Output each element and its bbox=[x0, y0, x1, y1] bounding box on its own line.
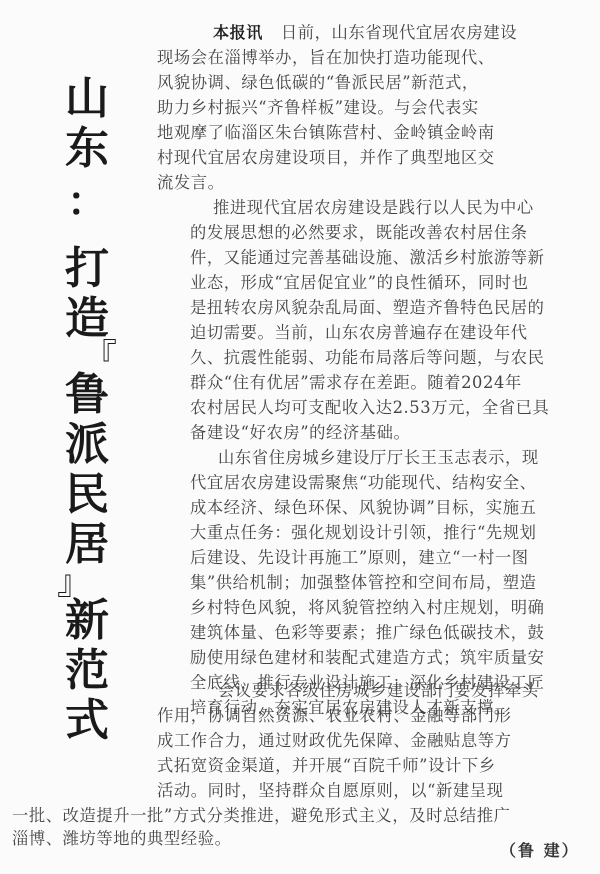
article-line: 迫切需要。当前，山东农房普遍存在建设年代 bbox=[190, 322, 528, 344]
headline-colon: ： bbox=[67, 174, 107, 230]
article-line: 后建设、先设计再施工”原则，建立“一村一图 bbox=[190, 547, 529, 569]
article-line: 件，又能通过完善基础设施、激活乡村旅游等新 bbox=[190, 247, 545, 269]
headline-char: 东 bbox=[65, 124, 109, 174]
article-line: 乡村特色风貌，将风貌管控纳入村庄规划，明确 bbox=[190, 597, 545, 619]
article-line: 代宜居农房建设需聚焦“功能现代、结构安全、 bbox=[190, 472, 537, 494]
article-line: 一批、改造提升一批”方式分类推进，避免形式主义，及时总结推广 bbox=[12, 805, 510, 827]
article-line: 励使用绿色建材和装配式建造方式；筑牢质量安 bbox=[190, 647, 545, 669]
article-line: 农村居民人均可支配收入达2.53万元，全省已具 bbox=[190, 397, 549, 419]
headline-char: 范 bbox=[65, 646, 109, 696]
article-line: 淄博、潍坊等地的典型经验。 bbox=[12, 828, 231, 850]
newspaper-clipping: 山 东 ： 打 造 『 鲁 派 民 居 』 新 范 式 本报讯日前，山东省现代宜… bbox=[0, 0, 600, 874]
article-line: 式拓宽资金渠道，并开展“百院千师”设计下乡 bbox=[157, 755, 496, 777]
article-line: 推进现代宜居农房建设是践行以人民为中心 bbox=[213, 197, 534, 219]
lead-label: 本报讯 bbox=[213, 23, 263, 42]
article-line: 的发展思想的必然要求，既能改善农村居住条 bbox=[190, 222, 528, 244]
article-line: 流发言。 bbox=[157, 172, 225, 194]
headline-char: 式 bbox=[65, 696, 109, 746]
headline-char: 新 bbox=[65, 596, 109, 646]
article-line: 集”供给机制；加强整体管控和空间布局，塑造 bbox=[190, 572, 537, 594]
article-line: 成工作合力，通过财政优先保障、金融贴息等方 bbox=[157, 730, 512, 752]
article-line: 大重点任务：强化规划设计引领，推行“先规划 bbox=[190, 522, 537, 544]
article-line: 风貌协调、绿色低碳的“鲁派民居”新范式， bbox=[157, 72, 479, 94]
article-line: 本报讯日前，山东省现代宜居农房建设 bbox=[213, 22, 517, 44]
article-line: 山东省住房城乡建设厅厅长王玉志表示，现 bbox=[218, 447, 539, 469]
article-line: 建筑体量、色彩等要素；推广绿色低碳技术，鼓 bbox=[190, 622, 545, 644]
headline-open-bracket: 『 bbox=[57, 344, 117, 370]
vertical-headline: 山 东 ： 打 造 『 鲁 派 民 居 』 新 范 式 bbox=[52, 74, 122, 746]
headline-char: 派 bbox=[65, 420, 109, 470]
article-line: 助力乡村振兴“齐鲁样板”建设。与会代表实 bbox=[157, 97, 479, 119]
headline-char: 山 bbox=[65, 74, 109, 124]
article-line: 成本经济、绿色环保、风貌协调”目标，实施五 bbox=[190, 497, 537, 519]
article-line: 地观摩了临淄区朱台镇陈营村、金岭镇金岭南 bbox=[157, 122, 495, 144]
article-line: 现场会在淄博举办，旨在加快打造功能现代、 bbox=[157, 47, 495, 69]
article-line: 是扭转农房风貌杂乱局面、塑造齐鲁特色民居的 bbox=[190, 297, 545, 319]
headline-char: 鲁 bbox=[65, 370, 109, 420]
byline: （鲁 建） bbox=[500, 838, 580, 861]
headline-char: 民 bbox=[65, 470, 109, 520]
article-line: 久、抗震性能弱、功能布局落后等问题，与农民 bbox=[190, 347, 545, 369]
headline-close-bracket: 』 bbox=[57, 570, 117, 596]
article-line: 群众“住有优居”需求存在差距。随着2024年 bbox=[190, 372, 522, 394]
article-line: 会议要求各级住房城乡建设部门要发挥牵头 bbox=[218, 680, 539, 702]
article-line: 业态，形成“宜居促宜业”的良性循环，同时也 bbox=[190, 272, 529, 294]
article-line: 备建设“好农房”的经济基础。 bbox=[190, 422, 410, 444]
article-line: 活动。同时，坚持群众自愿原则，以“新建呈现 bbox=[157, 780, 504, 802]
headline-char: 打 bbox=[65, 244, 109, 294]
article-line: 村现代宜居农房建设项目，并作了典型地区交 bbox=[157, 147, 495, 169]
article-line: 作用，协调自然资源、农业农村、金融等部门形 bbox=[157, 705, 512, 727]
